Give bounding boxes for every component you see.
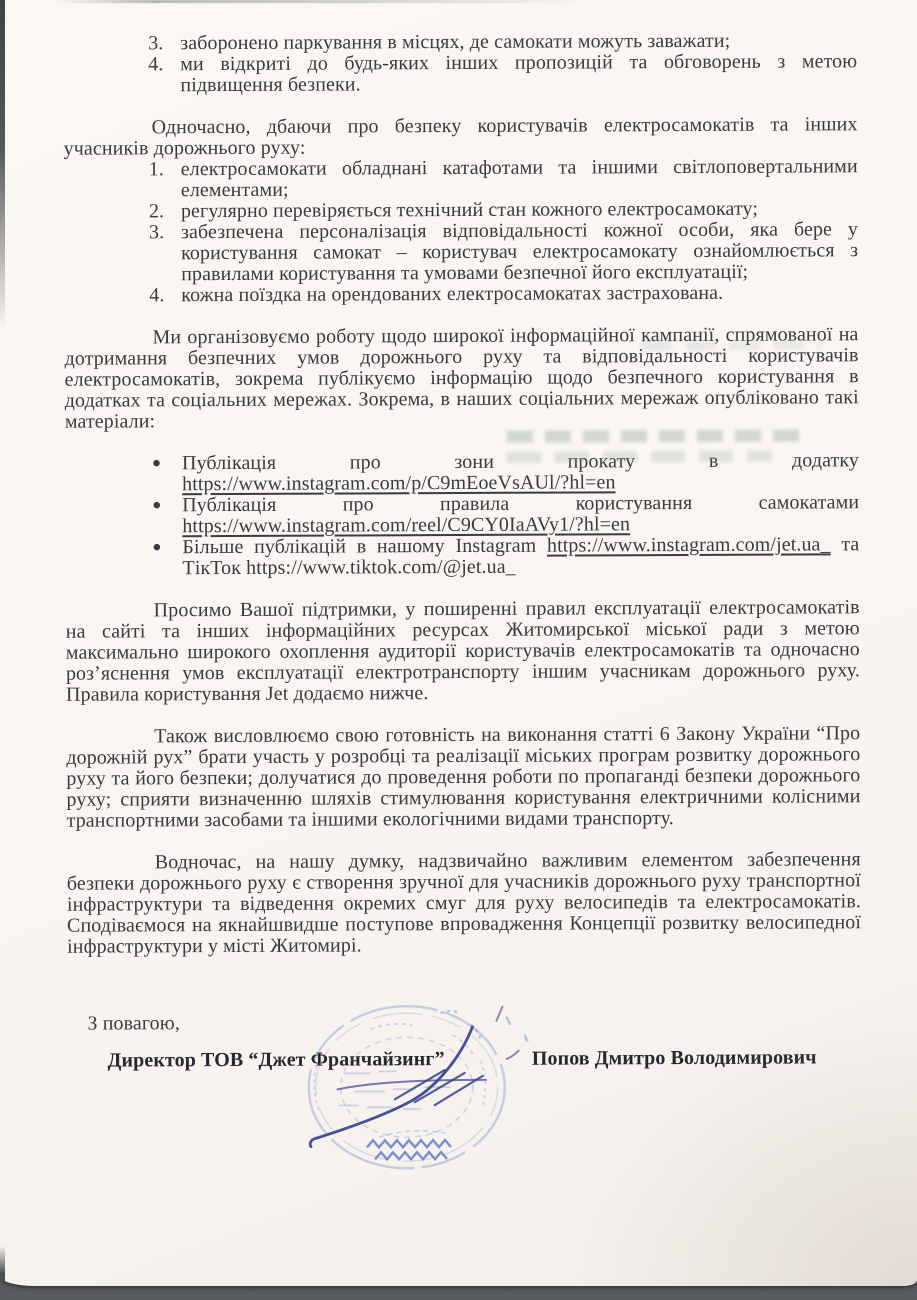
instagram-profile-link[interactable]: https://www.instagram.com/jet.ua_	[547, 533, 831, 556]
bullet-icon: ●	[152, 537, 161, 558]
campaign-paragraph: Ми організовуємо роботу щодо широкої інф…	[64, 324, 858, 432]
intro-paragraph: Одночасно, дбаючи про безпеку користувач…	[64, 114, 858, 159]
list-item: 4. кожна поїздка на орендованих електрос…	[64, 282, 858, 306]
publication-item: ● Більше публікацій в нашому Instagram h…	[65, 534, 859, 579]
publication-label: Більше публікацій в нашому Instagram	[182, 535, 536, 559]
infrastructure-paragraph: Водночас, на нашу думку, надзвичайно важ…	[67, 849, 861, 957]
list-item-text: ми відкриті до будь-яких інших пропозиці…	[180, 50, 857, 96]
bullet-icon: ●	[152, 453, 161, 474]
list-item-number: 4.	[149, 285, 164, 306]
tiktok-profile-link[interactable]: https://www.tiktok.com/@jet.ua_	[246, 556, 516, 579]
list-item: 4. ми відкриті до будь-яких інших пропоз…	[63, 51, 857, 96]
signature-row: Директор ТОВ “Джет Франчайзинг” Попов Дм…	[68, 1047, 862, 1071]
bullet-icon: ●	[152, 495, 161, 516]
list-item-number: 4.	[148, 54, 163, 75]
list-item-text: забезпечена персоналізація відповідально…	[181, 218, 858, 285]
list-item-text: електросамокати обладнані катафотами та …	[181, 155, 858, 201]
list-item-number: 3.	[149, 222, 164, 243]
signer-name: Попов Дмитро Володимирович	[532, 1047, 817, 1069]
scanned-letter-page: 3. заборонено паркування в місцях, де са…	[0, 0, 917, 1286]
scan-bottom-left-edge	[0, 1246, 5, 1286]
support-paragraph: Просимо Вашої підтримки, у поширенні пра…	[66, 597, 860, 705]
letter-body: 3. заборонено паркування в місцях, де са…	[0, 0, 917, 1072]
publication-label: Публікація про правила користування само…	[182, 492, 859, 516]
list-item-number: 2.	[149, 201, 164, 222]
continued-numbered-list: 3. заборонено паркування в місцях, де са…	[63, 30, 857, 96]
list-item: 3. забезпечена персоналізація відповідал…	[64, 219, 858, 285]
publication-label: Публікація про зони прокату в додатку	[182, 450, 859, 474]
bleed-through-artifact	[507, 430, 802, 443]
publication-item: ● Публікація про зони прокату в додатку …	[65, 450, 859, 495]
publications-bullet-list: ● Публікація про зони прокату в додатку …	[65, 450, 860, 579]
list-item-number: 3.	[148, 33, 163, 54]
list-item-number: 1.	[149, 159, 164, 180]
salutation: З повагою,	[87, 1010, 861, 1034]
safety-numbered-list: 1. електросамокати обладнані катафотами …	[64, 156, 859, 306]
list-item-text: кожна поїздка на орендованих електросамо…	[181, 282, 723, 306]
law-paragraph: Також висловлюємо свою готовність на вик…	[66, 723, 860, 831]
signer-title: Директор ТОВ “Джет Франчайзинг”	[108, 1049, 445, 1071]
list-item: 1. електросамокати обладнані катафотами …	[64, 156, 858, 201]
publication-item: ● Публікація про правила користування са…	[65, 492, 859, 537]
